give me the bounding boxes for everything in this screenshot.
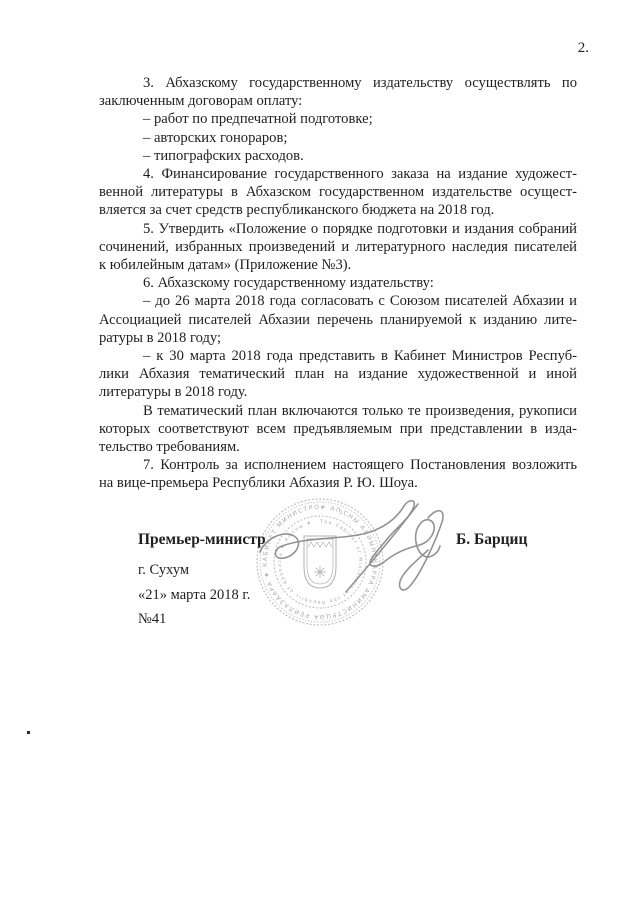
document-line: – типографских расходов. <box>99 147 577 165</box>
document-line: 3. Абхазскому государственному издательс… <box>99 74 577 92</box>
document-body: 3. Абхазскому государственному издательс… <box>99 74 577 493</box>
document-line: 6. Абхазскому государственному издательс… <box>99 274 577 292</box>
signer-title: Премьер-министр <box>138 531 266 549</box>
page-number: 2. <box>578 40 589 57</box>
document-line: венной литературы в Абхазском государств… <box>99 183 577 201</box>
document-line: которых соответствуют всем предъявляемым… <box>99 420 577 438</box>
document-line: сочинений, избранных произведений и лите… <box>99 238 577 256</box>
document-line: – авторских гонораров; <box>99 129 577 147</box>
signature <box>250 488 460 608</box>
signer-name: Б. Барциц <box>456 531 527 549</box>
document-line: 5. Утвердить «Положение о порядке подгот… <box>99 220 577 238</box>
document-line: вляется за счет средств республиканского… <box>99 201 577 219</box>
document-line: Ассоциацией писателей Абхазии перечень п… <box>99 311 577 329</box>
document-line: 4. Финансирование государственного заказ… <box>99 165 577 183</box>
document-line: – к 30 марта 2018 года представить в Каб… <box>99 347 577 365</box>
document-line: В тематический план включаются только те… <box>99 402 577 420</box>
document-line: тельство требованиям. <box>99 438 577 456</box>
scan-artifact-speck <box>27 731 30 734</box>
date-line: «21» марта 2018 г. <box>138 587 250 604</box>
document-number: №41 <box>138 611 166 628</box>
document-line: литературы в 2018 году. <box>99 383 577 401</box>
document-page: 2. 3. Абхазскому государственному издате… <box>0 0 640 905</box>
document-line: заключенным договорам оплату: <box>99 92 577 110</box>
document-line: – до 26 марта 2018 года согласовать с Со… <box>99 292 577 310</box>
document-line: лики Абхазия тематический план на издани… <box>99 365 577 383</box>
document-line: ратуры в 2018 году; <box>99 329 577 347</box>
document-line: к юбилейным датам» (Приложение №3). <box>99 256 577 274</box>
place-line: г. Сухум <box>138 562 189 579</box>
document-line: 7. Контроль за исполнением настоящего По… <box>99 456 577 474</box>
document-line: – работ по предпечатной подготовке; <box>99 110 577 128</box>
